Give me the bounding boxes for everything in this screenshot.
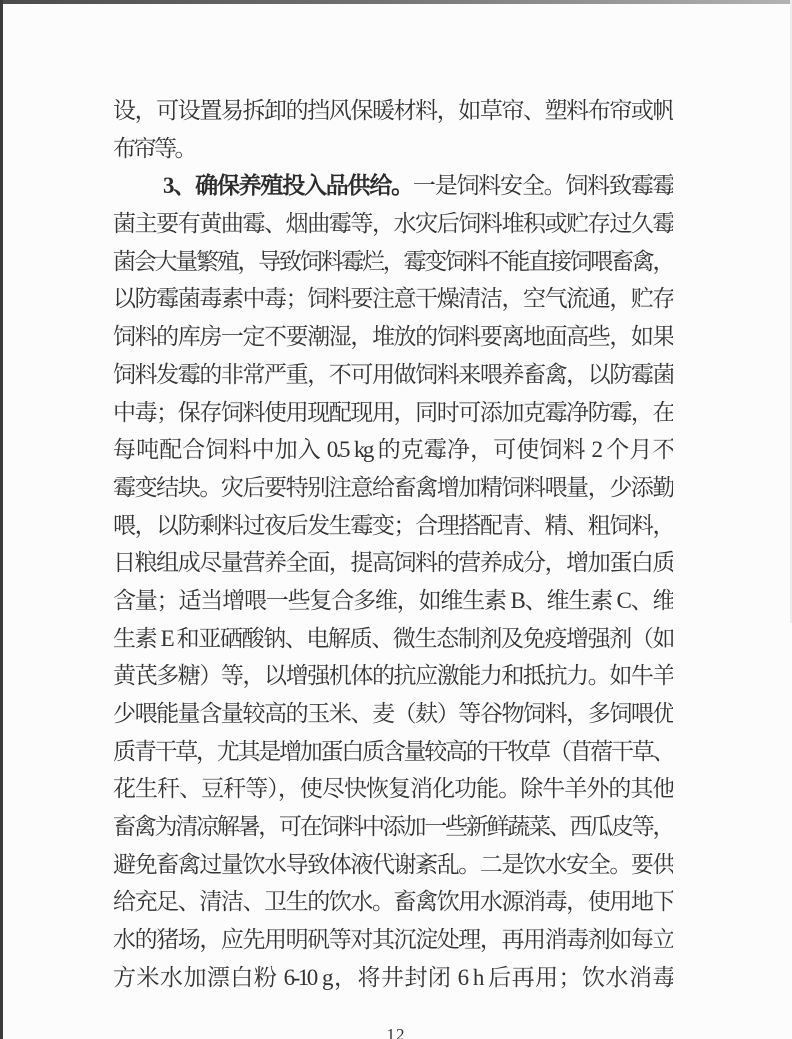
text-line: 以防霉菌毒素中毒；饲料要注意干燥清洁，空气流通，贮存 <box>113 280 673 318</box>
text-line: 饲料的库房一定不要潮湿，堆放的饲料要离地面高些，如果 <box>113 318 673 356</box>
text-line: 少喂能量含量较高的玉米、麦（麸）等谷物饲料，多饲喂优 <box>113 695 673 733</box>
text-line: 设，可设置易拆卸的挡风保暖材料，如草帘、塑料布帘或帆 <box>113 92 673 130</box>
text-line: 饲料发霉的非常严重，不可用做饲料来喂养畜禽，以防霉菌 <box>113 356 673 394</box>
text-line: 生素 E 和亚硒酸钠、电解质、微生态制剂及免疫增强剂（如 <box>113 620 673 658</box>
text-line: 花生秆、豆秆等），使尽快恢复消化功能。除牛羊外的其他 <box>113 770 673 808</box>
text-line: 霉变结块。灾后要特别注意给畜禽增加精饲料喂量，少添勤 <box>113 469 673 507</box>
text-line: 喂，以防剩料过夜后发生霉变；合理搭配青、精、粗饲料， <box>113 507 673 545</box>
text-line: 中毒；保存饲料使用现配现用，同时可添加克霉净防霉，在 <box>113 394 673 432</box>
text-line: 给充足、清洁、卫生的饮水。畜禽饮用水源消毒，使用地下 <box>113 883 673 921</box>
body-text-block: 设，可设置易拆卸的挡风保暖材料，如草帘、塑料布帘或帆布帘等。3、确保养殖投入品供… <box>113 92 673 997</box>
text-line: 方米水加漂白粉 6-10 g，将井封闭 6 h 后再用；饮水消毒 <box>113 959 673 997</box>
text-line: 畜禽为清凉解暑，可在饲料中添加一些新鲜蔬菜、西瓜皮等， <box>113 808 673 846</box>
text-line: 菌会大量繁殖，导致饲料霉烂，霉变饲料不能直接饲喂畜禽， <box>113 243 673 281</box>
text-line: 布帘等。 <box>113 130 673 168</box>
paragraph-heading: 3、确保养殖投入品供给。 <box>163 173 413 198</box>
text-line: 质青干草，尤其是增加蛋白质含量较高的干牧草（苜蓿干草、 <box>113 733 673 771</box>
text-line: 黄芪多糖）等，以增强机体的抗应激能力和抵抗力。如牛羊 <box>113 657 673 695</box>
text-line: 水的猪场，应先用明矾等对其沉淀处理，再用消毒剂如每立 <box>113 921 673 959</box>
text-line: 菌主要有黄曲霉、烟曲霉等，水灾后饲料堆积或贮存过久霉 <box>113 205 673 243</box>
text-line: 避免畜禽过量饮水导致体液代谢紊乱。二是饮水安全。要供 <box>113 846 673 884</box>
text-line: 每吨配合饲料中加入 0.5 kg 的克霉净，可使饲料 2 个月不 <box>113 431 673 469</box>
text-line: 3、确保养殖投入品供给。一是饲料安全。饲料致霉霉 <box>113 167 673 205</box>
scan-edge-left <box>0 0 3 1039</box>
document-page: 设，可设置易拆卸的挡风保暖材料，如草帘、塑料布帘或帆布帘等。3、确保养殖投入品供… <box>0 0 792 1039</box>
text-line: 日粮组成尽量营养全面，提高饲料的营养成分，增加蛋白质 <box>113 544 673 582</box>
scan-edge-top <box>0 0 792 4</box>
page-number: 12 <box>0 1026 792 1039</box>
text-line: 含量；适当增喂一些复合多维，如维生素 B、维生素 C、维 <box>113 582 673 620</box>
